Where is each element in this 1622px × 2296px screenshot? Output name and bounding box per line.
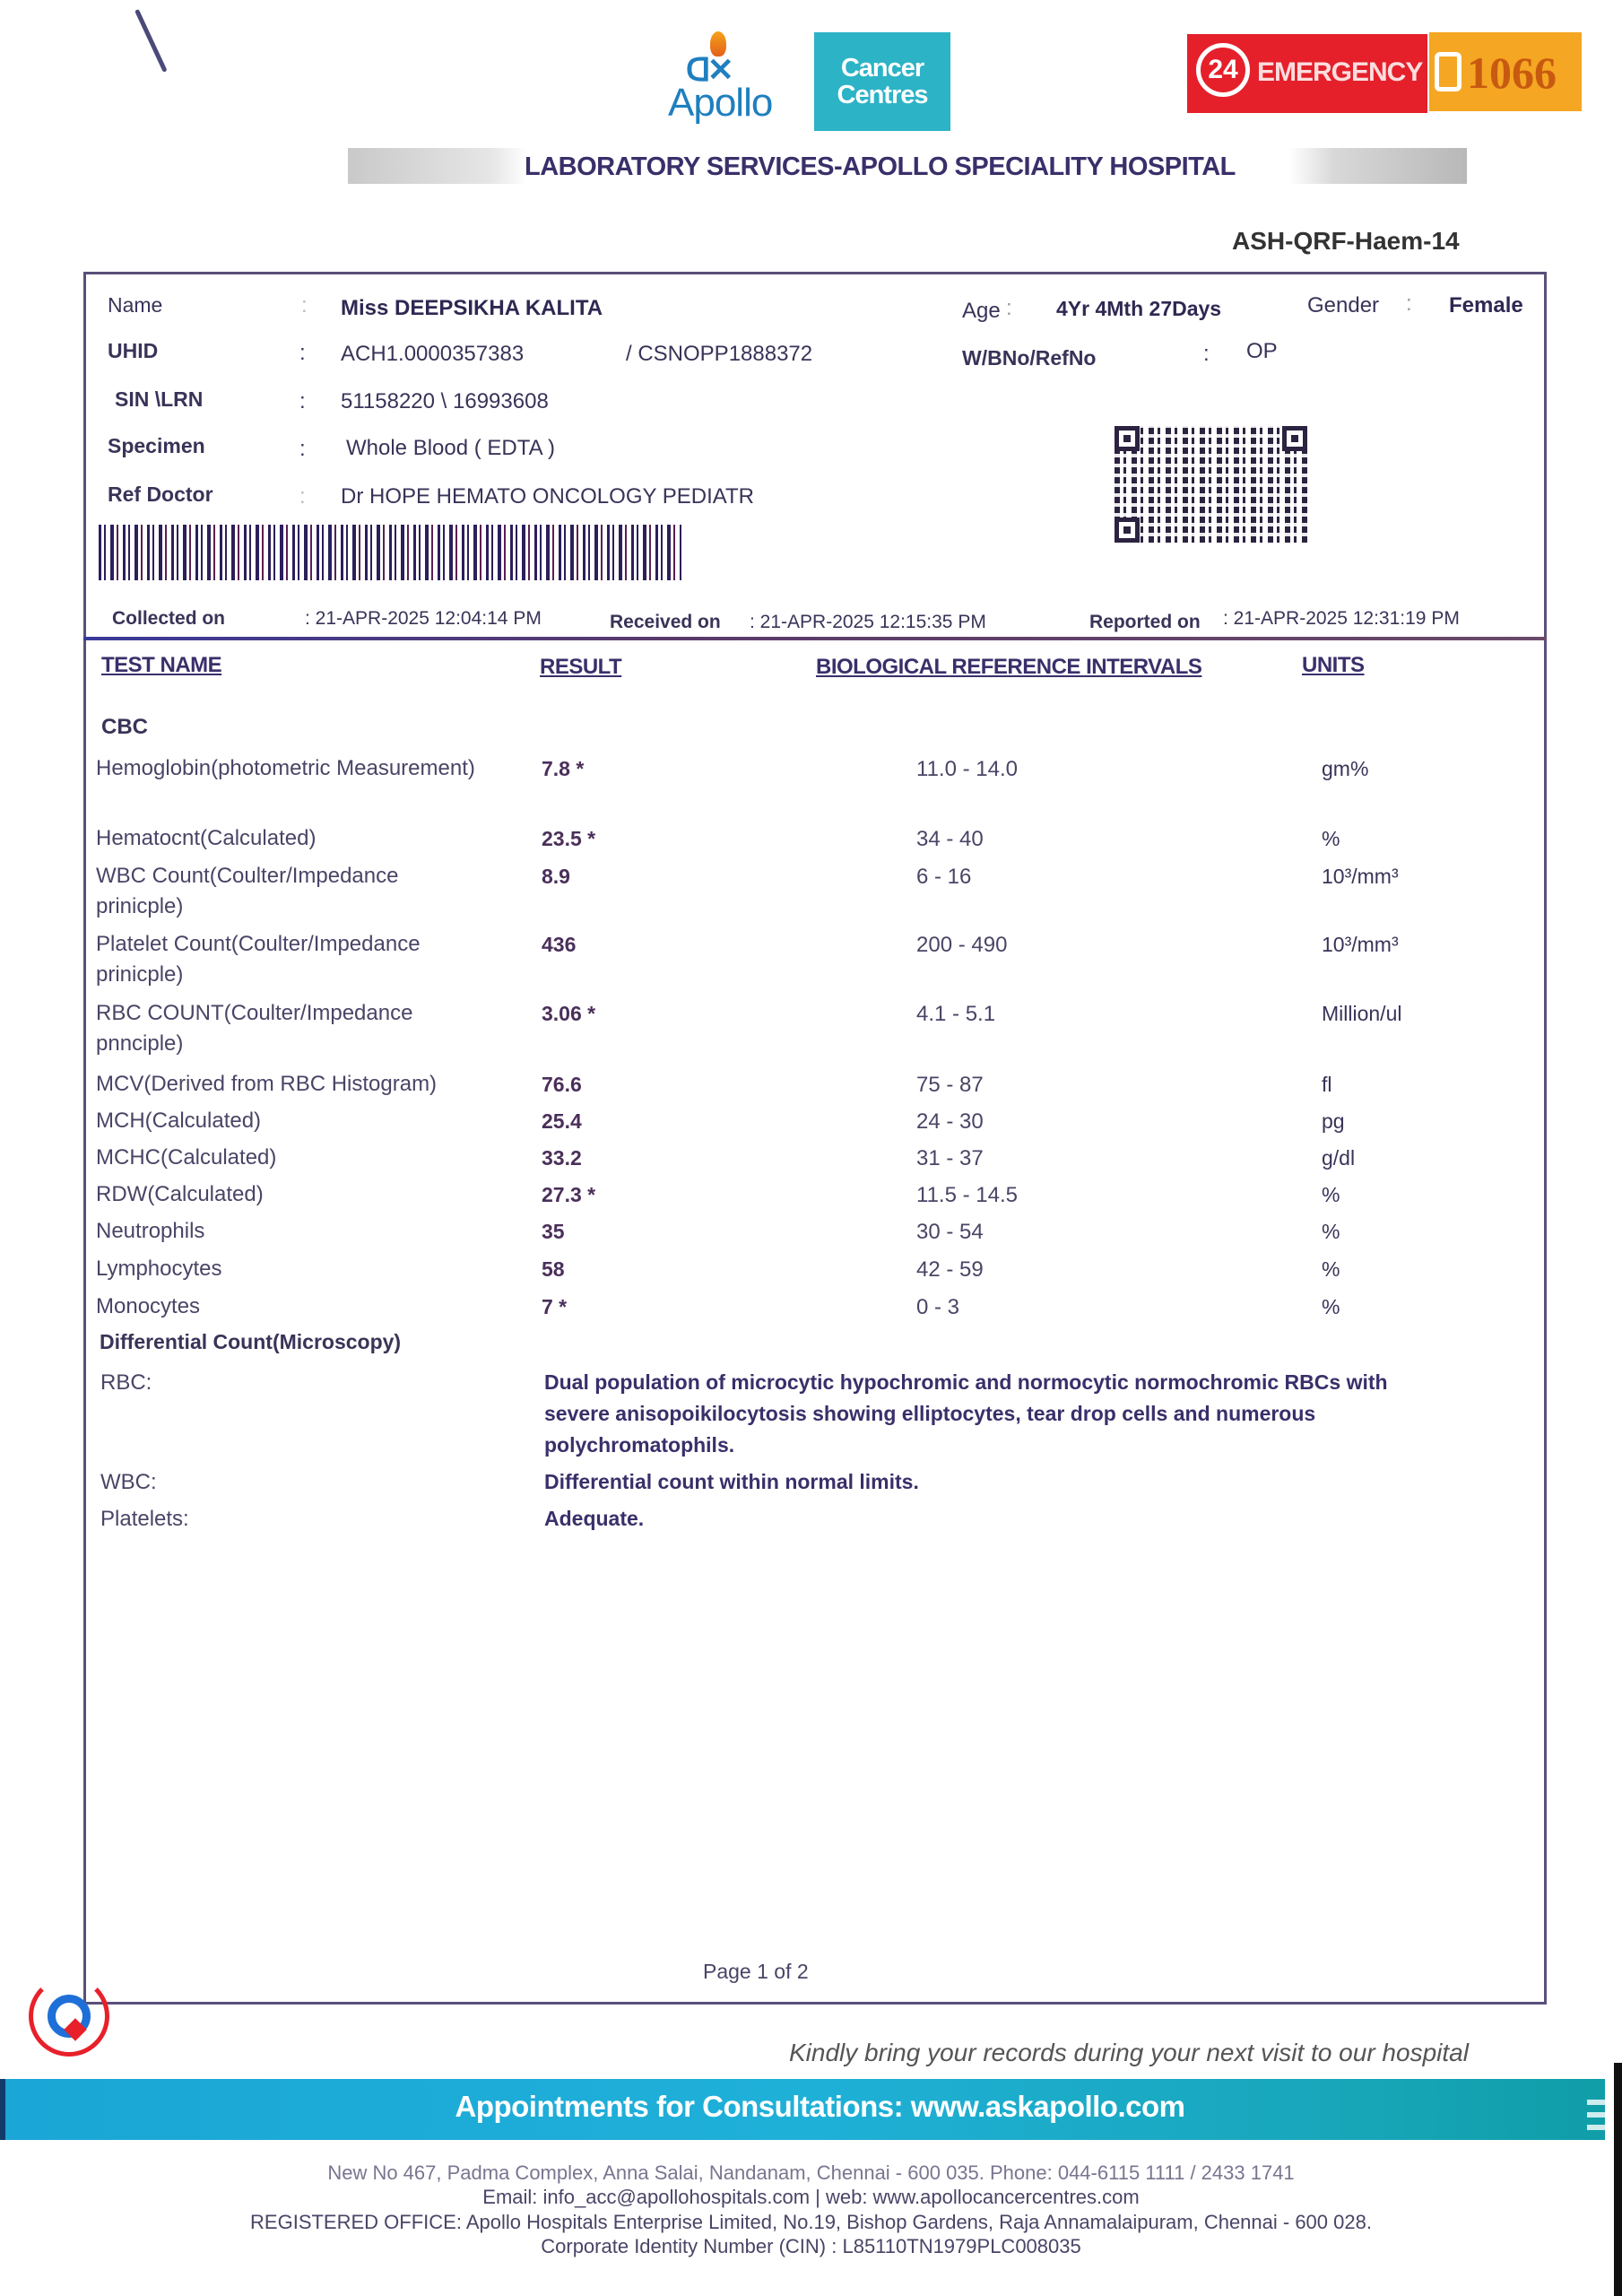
test-name: Neutrophils bbox=[96, 1216, 481, 1247]
footer-registered-office: REGISTERED OFFICE: Apollo Hospitals Ente… bbox=[0, 2211, 1622, 2234]
emergency-badge: 24 EMERGENCY bbox=[1187, 34, 1427, 113]
name-separator: : bbox=[301, 293, 308, 318]
qr-finder-icon bbox=[1282, 426, 1307, 451]
test-unit: pg bbox=[1322, 1109, 1345, 1134]
reference-range: 11.0 - 14.0 bbox=[916, 757, 1018, 782]
differential-text: Adequate. bbox=[544, 1503, 1450, 1535]
sin-value: 51158220 \ 16993608 bbox=[341, 389, 549, 414]
test-name: WBC Count(Coulter/Impedance prinicple) bbox=[96, 861, 481, 922]
test-unit: % bbox=[1322, 1220, 1340, 1244]
apollo-logo: ᗡ✕ Apollo bbox=[668, 31, 802, 135]
reference-range: 42 - 59 bbox=[916, 1257, 984, 1283]
received-label: Received on bbox=[610, 612, 721, 633]
test-result: 3.06 * bbox=[542, 1002, 595, 1026]
test-result: 35 bbox=[542, 1220, 565, 1244]
reference-range: 34 - 40 bbox=[916, 827, 984, 852]
test-unit: % bbox=[1322, 1257, 1340, 1282]
cancer-centres-logo: Cancer Centres bbox=[814, 32, 950, 131]
differential-label: Platelets: bbox=[100, 1504, 486, 1535]
cancer-logo-line2: Centres bbox=[814, 82, 950, 109]
test-unit: fl bbox=[1322, 1073, 1332, 1097]
wbno-separator: : bbox=[1203, 342, 1210, 367]
reference-range: 30 - 54 bbox=[916, 1220, 984, 1245]
reported-value: : 21-APR-2025 12:31:19 PM bbox=[1223, 608, 1460, 630]
test-unit: % bbox=[1322, 827, 1340, 851]
reference-range: 11.5 - 14.5 bbox=[916, 1183, 1018, 1208]
test-name: MCHC(Calculated) bbox=[96, 1143, 481, 1173]
test-name: Lymphocytes bbox=[96, 1254, 481, 1284]
gender-separator: : bbox=[1406, 291, 1412, 317]
patient-age: 4Yr 4Mth 27Days bbox=[1056, 297, 1221, 321]
test-name: RBC COUNT(Coulter/Impedance pnnciple) bbox=[96, 998, 481, 1059]
emergency-label: EMERGENCY bbox=[1257, 57, 1422, 88]
reference-range: 0 - 3 bbox=[916, 1295, 959, 1320]
section-cbc: CBC bbox=[101, 715, 148, 740]
test-result: 7 * bbox=[542, 1295, 567, 1319]
header-divider bbox=[83, 637, 1547, 640]
sin-separator: : bbox=[299, 389, 306, 414]
col-test-name: TEST NAME bbox=[101, 653, 221, 678]
test-unit: gm% bbox=[1322, 757, 1368, 781]
specimen-value: Whole Blood ( EDTA ) bbox=[346, 436, 555, 461]
qr-code bbox=[1115, 426, 1307, 543]
test-name: Hemoglobin(photometric Measurement) bbox=[96, 753, 481, 784]
test-unit: Million/ul bbox=[1322, 1002, 1401, 1026]
page-indicator: Page 1 of 2 bbox=[703, 1960, 809, 1984]
col-result: RESULT bbox=[540, 655, 621, 680]
test-result: 33.2 bbox=[542, 1146, 582, 1170]
test-unit: % bbox=[1322, 1295, 1340, 1319]
col-reference: BIOLOGICAL REFERENCE INTERVALS bbox=[816, 655, 1201, 680]
differential-text: Dual population of microcytic hypochromi… bbox=[544, 1367, 1450, 1461]
24-hours-icon: 24 bbox=[1196, 43, 1250, 97]
qr-finder-icon bbox=[1115, 426, 1140, 451]
test-result: 58 bbox=[542, 1257, 565, 1282]
test-result: 76.6 bbox=[542, 1073, 582, 1097]
test-result: 23.5 * bbox=[542, 827, 595, 851]
specimen-label: Specimen bbox=[108, 434, 205, 458]
patient-gender: Female bbox=[1449, 293, 1523, 318]
phone-icon bbox=[1435, 52, 1462, 91]
section-differential: Differential Count(Microscopy) bbox=[100, 1330, 401, 1354]
test-name: MCV(Derived from RBC Histogram) bbox=[96, 1069, 481, 1100]
test-name: MCH(Calculated) bbox=[96, 1106, 481, 1136]
reference-range: 24 - 30 bbox=[916, 1109, 984, 1135]
test-unit: 10³/mm³ bbox=[1322, 865, 1399, 889]
test-unit: g/dl bbox=[1322, 1146, 1355, 1170]
test-result: 436 bbox=[542, 933, 576, 957]
reference-range: 4.1 - 5.1 bbox=[916, 1002, 995, 1027]
test-result: 25.4 bbox=[542, 1109, 582, 1134]
reference-range: 6 - 16 bbox=[916, 865, 971, 890]
quality-certification-logo bbox=[29, 1976, 109, 2057]
lab-title: LABORATORY SERVICES-APOLLO SPECIALITY HO… bbox=[525, 152, 1236, 182]
gender-label: Gender bbox=[1307, 293, 1379, 318]
wbno-value: OP bbox=[1246, 339, 1278, 364]
wbno-label: W/BNo/RefNo bbox=[962, 346, 1096, 370]
footer-address: New No 467, Padma Complex, Anna Salai, N… bbox=[0, 2161, 1622, 2185]
uhid-secondary: / CSNOPP1888372 bbox=[626, 342, 812, 367]
cancer-logo-line1: Cancer bbox=[814, 55, 950, 82]
footer-email: Email: info_acc@apollohospitals.com | we… bbox=[0, 2186, 1622, 2209]
barcode bbox=[99, 525, 681, 580]
age-separator: : bbox=[1006, 296, 1012, 321]
test-result: 27.3 * bbox=[542, 1183, 595, 1207]
test-unit: 10³/mm³ bbox=[1322, 933, 1399, 957]
emergency-phone-badge: 1066 bbox=[1429, 32, 1582, 111]
name-label: Name bbox=[108, 293, 162, 317]
apollo-wordmark: Apollo bbox=[668, 81, 772, 126]
reported-label: Reported on bbox=[1089, 612, 1201, 633]
test-name: RDW(Calculated) bbox=[96, 1179, 481, 1210]
appointment-link[interactable]: Appointments for Consultations: www.aska… bbox=[0, 2090, 1622, 2124]
test-result: 7.8 * bbox=[542, 757, 584, 781]
ref-doctor-value: Dr HOPE HEMATO ONCOLOGY PEDIATR bbox=[341, 484, 754, 509]
collected-value: : 21-APR-2025 12:04:14 PM bbox=[305, 608, 542, 630]
test-name: Hematocnt(Calculated) bbox=[96, 823, 481, 854]
differential-text: Differential count within normal limits. bbox=[544, 1466, 1450, 1498]
band-marks bbox=[1587, 2094, 1607, 2130]
sin-label: SIN \LRN bbox=[115, 387, 203, 412]
footer-cin: Corporate Identity Number (CIN) : L85110… bbox=[0, 2235, 1622, 2258]
reference-range: 31 - 37 bbox=[916, 1146, 984, 1171]
differential-label: RBC: bbox=[100, 1368, 486, 1398]
ref-doctor-separator: : bbox=[299, 484, 306, 509]
qr-finder-icon bbox=[1115, 517, 1140, 543]
test-result: 8.9 bbox=[542, 865, 570, 889]
test-unit: % bbox=[1322, 1183, 1340, 1207]
test-name: Platelet Count(Coulter/Impedance prinicp… bbox=[96, 929, 481, 990]
form-code: ASH-QRF-Haem-14 bbox=[1232, 227, 1460, 256]
ref-doctor-label: Ref Doctor bbox=[108, 483, 213, 507]
emergency-phone-number: 1066 bbox=[1467, 47, 1557, 99]
reference-range: 200 - 490 bbox=[916, 933, 1007, 958]
pen-mark bbox=[134, 9, 168, 73]
received-value: : 21-APR-2025 12:15:35 PM bbox=[750, 612, 986, 633]
uhid-separator: : bbox=[299, 341, 306, 366]
reference-range: 75 - 87 bbox=[916, 1073, 984, 1098]
test-name: Monocytes bbox=[96, 1291, 481, 1322]
patient-name: Miss DEEPSIKHA KALITA bbox=[341, 296, 603, 321]
uhid-label: UHID bbox=[108, 339, 158, 363]
differential-label: WBC: bbox=[100, 1467, 486, 1498]
uhid-value: ACH1.0000357383 bbox=[341, 342, 524, 367]
col-units: UNITS bbox=[1302, 653, 1365, 678]
records-note: Kindly bring your records during your ne… bbox=[789, 2039, 1469, 2067]
collected-label: Collected on bbox=[112, 608, 225, 630]
specimen-separator: : bbox=[299, 437, 306, 462]
age-label: Age bbox=[962, 299, 1001, 324]
